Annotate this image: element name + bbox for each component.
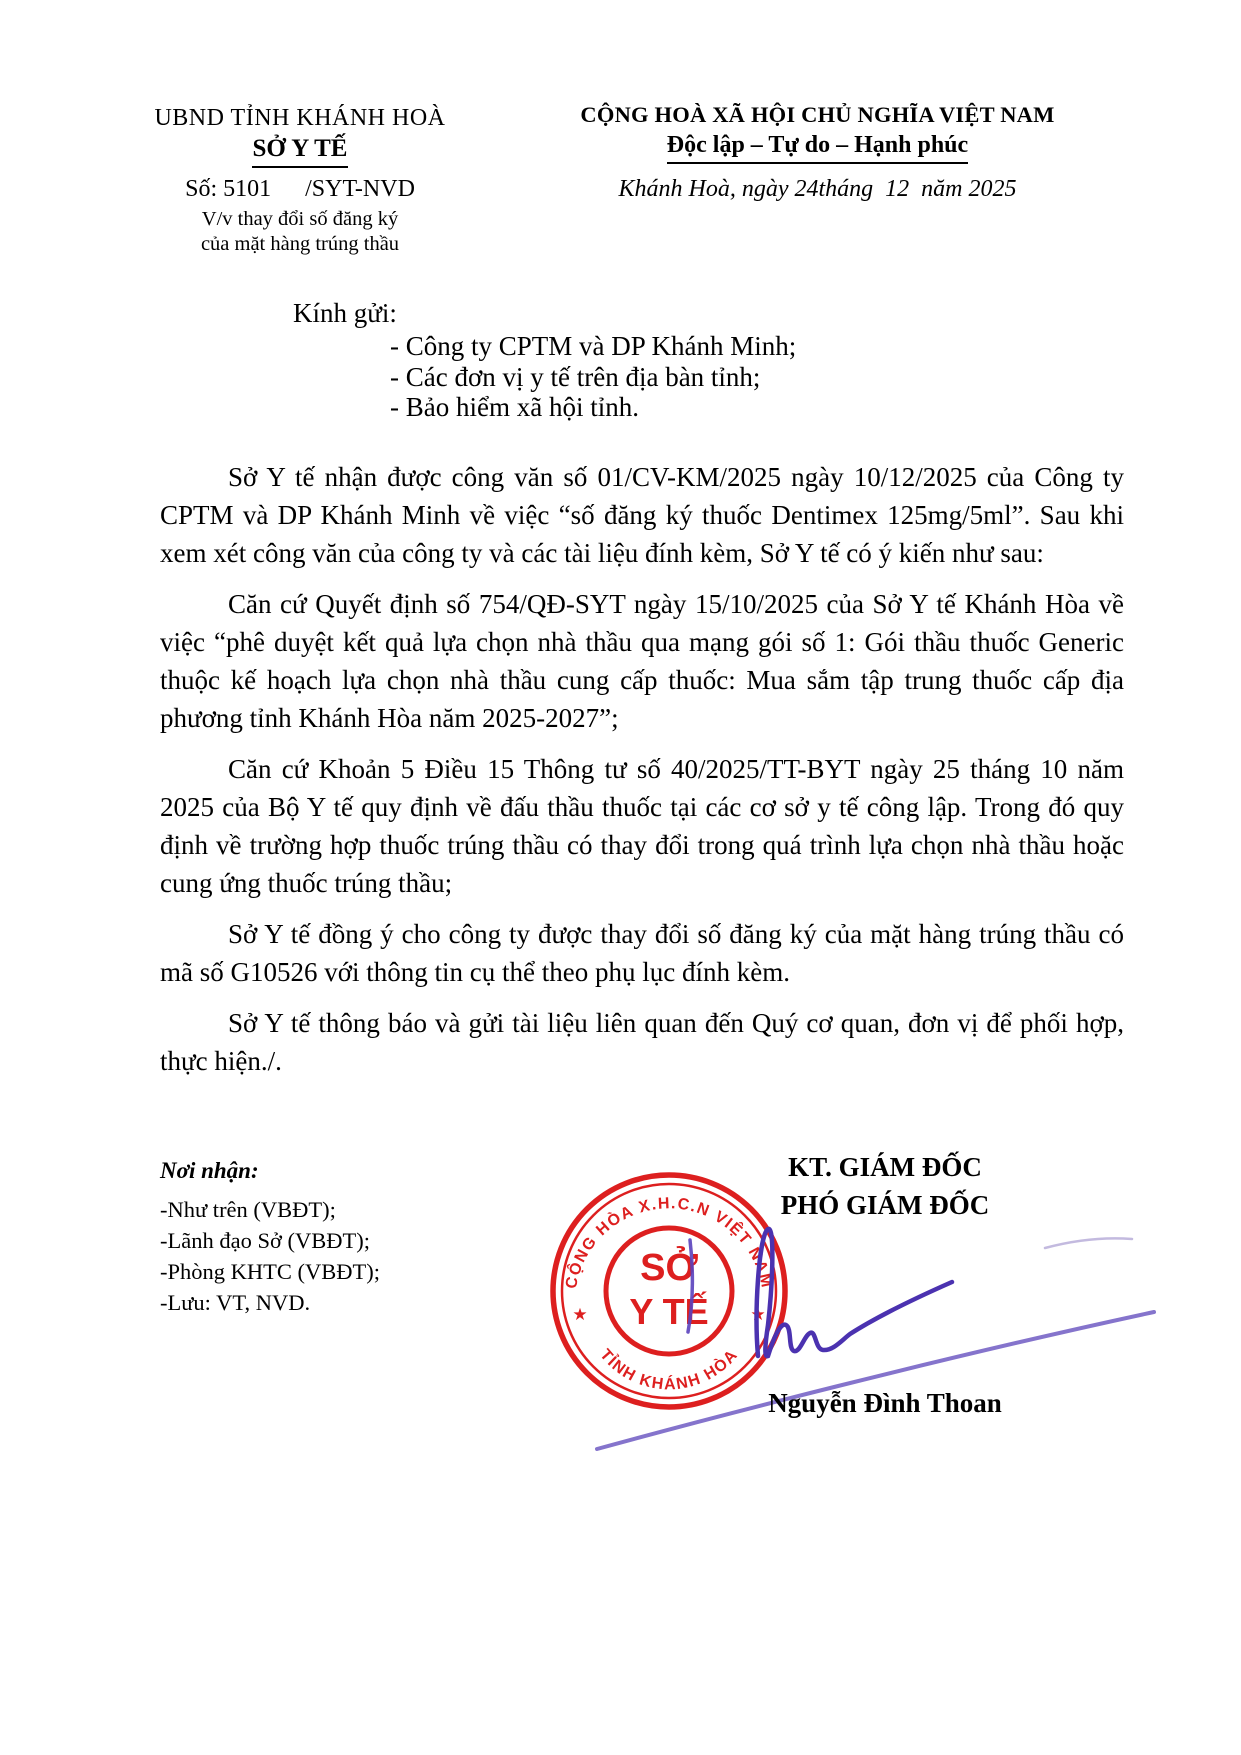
- recipients-label: Kính gửi:: [293, 298, 796, 329]
- noinhan-item: -Như trên (VBĐT);: [160, 1194, 380, 1225]
- noinhan-list: -Như trên (VBĐT); -Lãnh đạo Sở (VBĐT); -…: [160, 1194, 380, 1318]
- doc-subject-line2: của mặt hàng trúng thầu: [105, 232, 495, 257]
- doc-subject-line1: V/v thay đổi số đăng ký: [105, 207, 495, 232]
- recipient-item: - Công ty CPTM và DP Khánh Minh;: [390, 331, 796, 362]
- letter-body: Sở Y tế nhận được công văn số 01/CV-KM/2…: [160, 458, 1124, 1093]
- recipient-item: - Các đơn vị y tế trên địa bàn tỉnh;: [390, 362, 796, 393]
- header-right: CỘNG HOÀ XÃ HỘI CHỦ NGHĨA VIỆT NAM Độc l…: [545, 102, 1090, 203]
- noinhan-item: -Lãnh đạo Sở (VBĐT);: [160, 1225, 380, 1256]
- recipients-block: Kính gửi: - Công ty CPTM và DP Khánh Min…: [293, 298, 796, 423]
- org-name: SỞ Y TẾ: [105, 135, 495, 163]
- recipient-item: - Bảo hiểm xã hội tỉnh.: [390, 392, 796, 423]
- header-left: UBND TỈNH KHÁNH HOÀ SỞ Y TẾ Số: 5101/SYT…: [105, 105, 495, 257]
- national-title: CỘNG HOÀ XÃ HỘI CHỦ NGHĨA VIỆT NAM: [545, 102, 1090, 128]
- noinhan-item: -Lưu: VT, NVD.: [160, 1287, 380, 1318]
- noinhan-block: Nơi nhận: -Như trên (VBĐT); -Lãnh đạo Sở…: [160, 1158, 380, 1318]
- national-motto: Độc lập – Tự do – Hạnh phúc: [667, 132, 968, 164]
- doc-subject: V/v thay đổi số đăng ký của mặt hàng trú…: [105, 207, 495, 257]
- body-paragraph: Sở Y tế thông báo và gửi tài liệu liên q…: [160, 1004, 1124, 1080]
- org-underline: [252, 166, 348, 168]
- official-letter-page: UBND TỈNH KHÁNH HOÀ SỞ Y TẾ Số: 5101/SYT…: [0, 0, 1241, 1755]
- body-paragraph: Sở Y tế đồng ý cho công ty được thay đổi…: [160, 915, 1124, 991]
- recipients-list: - Công ty CPTM và DP Khánh Minh; - Các đ…: [390, 331, 796, 423]
- doc-number-suffix: /SYT-NVD: [305, 176, 415, 202]
- noinhan-item: -Phòng KHTC (VBĐT);: [160, 1256, 380, 1287]
- date-line: Khánh Hoà, ngày 24tháng 12 năm 2025: [545, 176, 1090, 203]
- body-paragraph: Căn cứ Quyết định số 754/QĐ-SYT ngày 15/…: [160, 585, 1124, 737]
- noinhan-label: Nơi nhận:: [160, 1158, 380, 1184]
- doc-number: Số: 5101/SYT-NVD: [105, 176, 495, 203]
- body-paragraph: Căn cứ Khoản 5 Điều 15 Thông tư số 40/20…: [160, 750, 1124, 902]
- doc-number-prefix: Số: 5101: [185, 176, 271, 202]
- body-paragraph: Sở Y tế nhận được công văn số 01/CV-KM/2…: [160, 458, 1124, 572]
- org-parent: UBND TỈNH KHÁNH HOÀ: [105, 105, 495, 132]
- signer-name: Nguyễn Đình Thoan: [640, 1388, 1130, 1419]
